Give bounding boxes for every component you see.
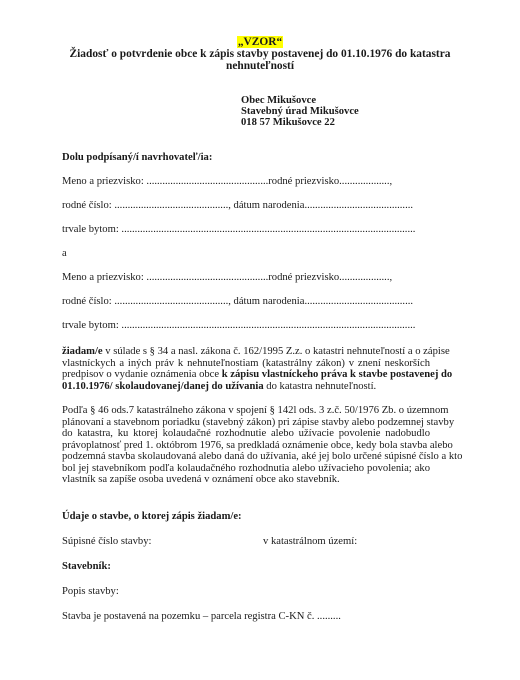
legal-paragraph: Podľa § 46 ods.7 katastrálneho zákona v …: [62, 405, 430, 486]
applicant2-id-field[interactable]: rodné číslo: ...........................…: [62, 296, 413, 309]
document-title-continued: nehnuteľností: [0, 60, 520, 73]
document-title: Žiadosť o potvrdenie obce k zápis stavby…: [0, 48, 520, 61]
request-paragraph: žiadam/e v súlade s § 34 a nasl. zákona …: [62, 346, 430, 392]
applicant1-id-field[interactable]: rodné číslo: ...........................…: [62, 200, 413, 213]
registry-number-field[interactable]: Súpisné číslo stavby:: [62, 536, 151, 549]
legal-line: plánovaní a stavebnom poriadku (stavebný…: [62, 417, 430, 429]
cadastral-area-field[interactable]: v katastrálnom území:: [263, 536, 357, 549]
recipient-address: 018 57 Mikušovce 22: [241, 117, 335, 130]
parcel-field[interactable]: Stavba je postavená na pozemku – parcela…: [62, 611, 341, 624]
legal-line: Podľa § 46 ods.7 katastrálneho zákona v …: [62, 405, 430, 417]
legal-line: podzemná stavba skolaudovaná alebo daná …: [62, 451, 430, 463]
legal-line: právoplatnosť pred 1. októbrom 1976, sa …: [62, 440, 430, 452]
conjunction-text: a: [62, 248, 67, 261]
description-field[interactable]: Popis stavby:: [62, 586, 119, 599]
applicant2-address-field[interactable]: trvale bytom: ..........................…: [62, 320, 415, 333]
request-line-2: vlastníckych a iných práv k nehnuteľnost…: [62, 358, 430, 370]
vzor-stamp: „VZOR“: [237, 36, 283, 48]
building-heading: Údaje o stavbe, o ktorej zápis žiadam/e:: [62, 511, 242, 524]
applicants-heading: Dolu podpísaný/í navrhovateľ/ia:: [62, 152, 212, 165]
request-line-4: 01.10.1976/ skolaudovanej/danej do užíva…: [62, 381, 430, 393]
legal-line: bol jej stavebníkom podľa kolaudačného r…: [62, 463, 430, 475]
applicant2-name-field[interactable]: Meno a priezvisko: .....................…: [62, 272, 392, 285]
builder-heading: Stavebník:: [62, 561, 111, 574]
applicant1-address-field[interactable]: trvale bytom: ..........................…: [62, 224, 415, 237]
legal-line: do katastra, ku ktorej kolaudačné rozhod…: [62, 428, 430, 440]
request-line-3: predpisov o vydanie oznámenia obce k záp…: [62, 369, 430, 381]
request-line-1: žiadam/e v súlade s § 34 a nasl. zákona …: [62, 346, 430, 358]
legal-line: vlastník sa zapíše osoba uvedená v oznám…: [62, 474, 430, 486]
document-page: „VZOR“ Žiadosť o potvrdenie obce k zápis…: [0, 0, 520, 680]
applicant1-name-field[interactable]: Meno a priezvisko: .....................…: [62, 176, 392, 189]
stamp-line: „VZOR“: [0, 36, 520, 49]
